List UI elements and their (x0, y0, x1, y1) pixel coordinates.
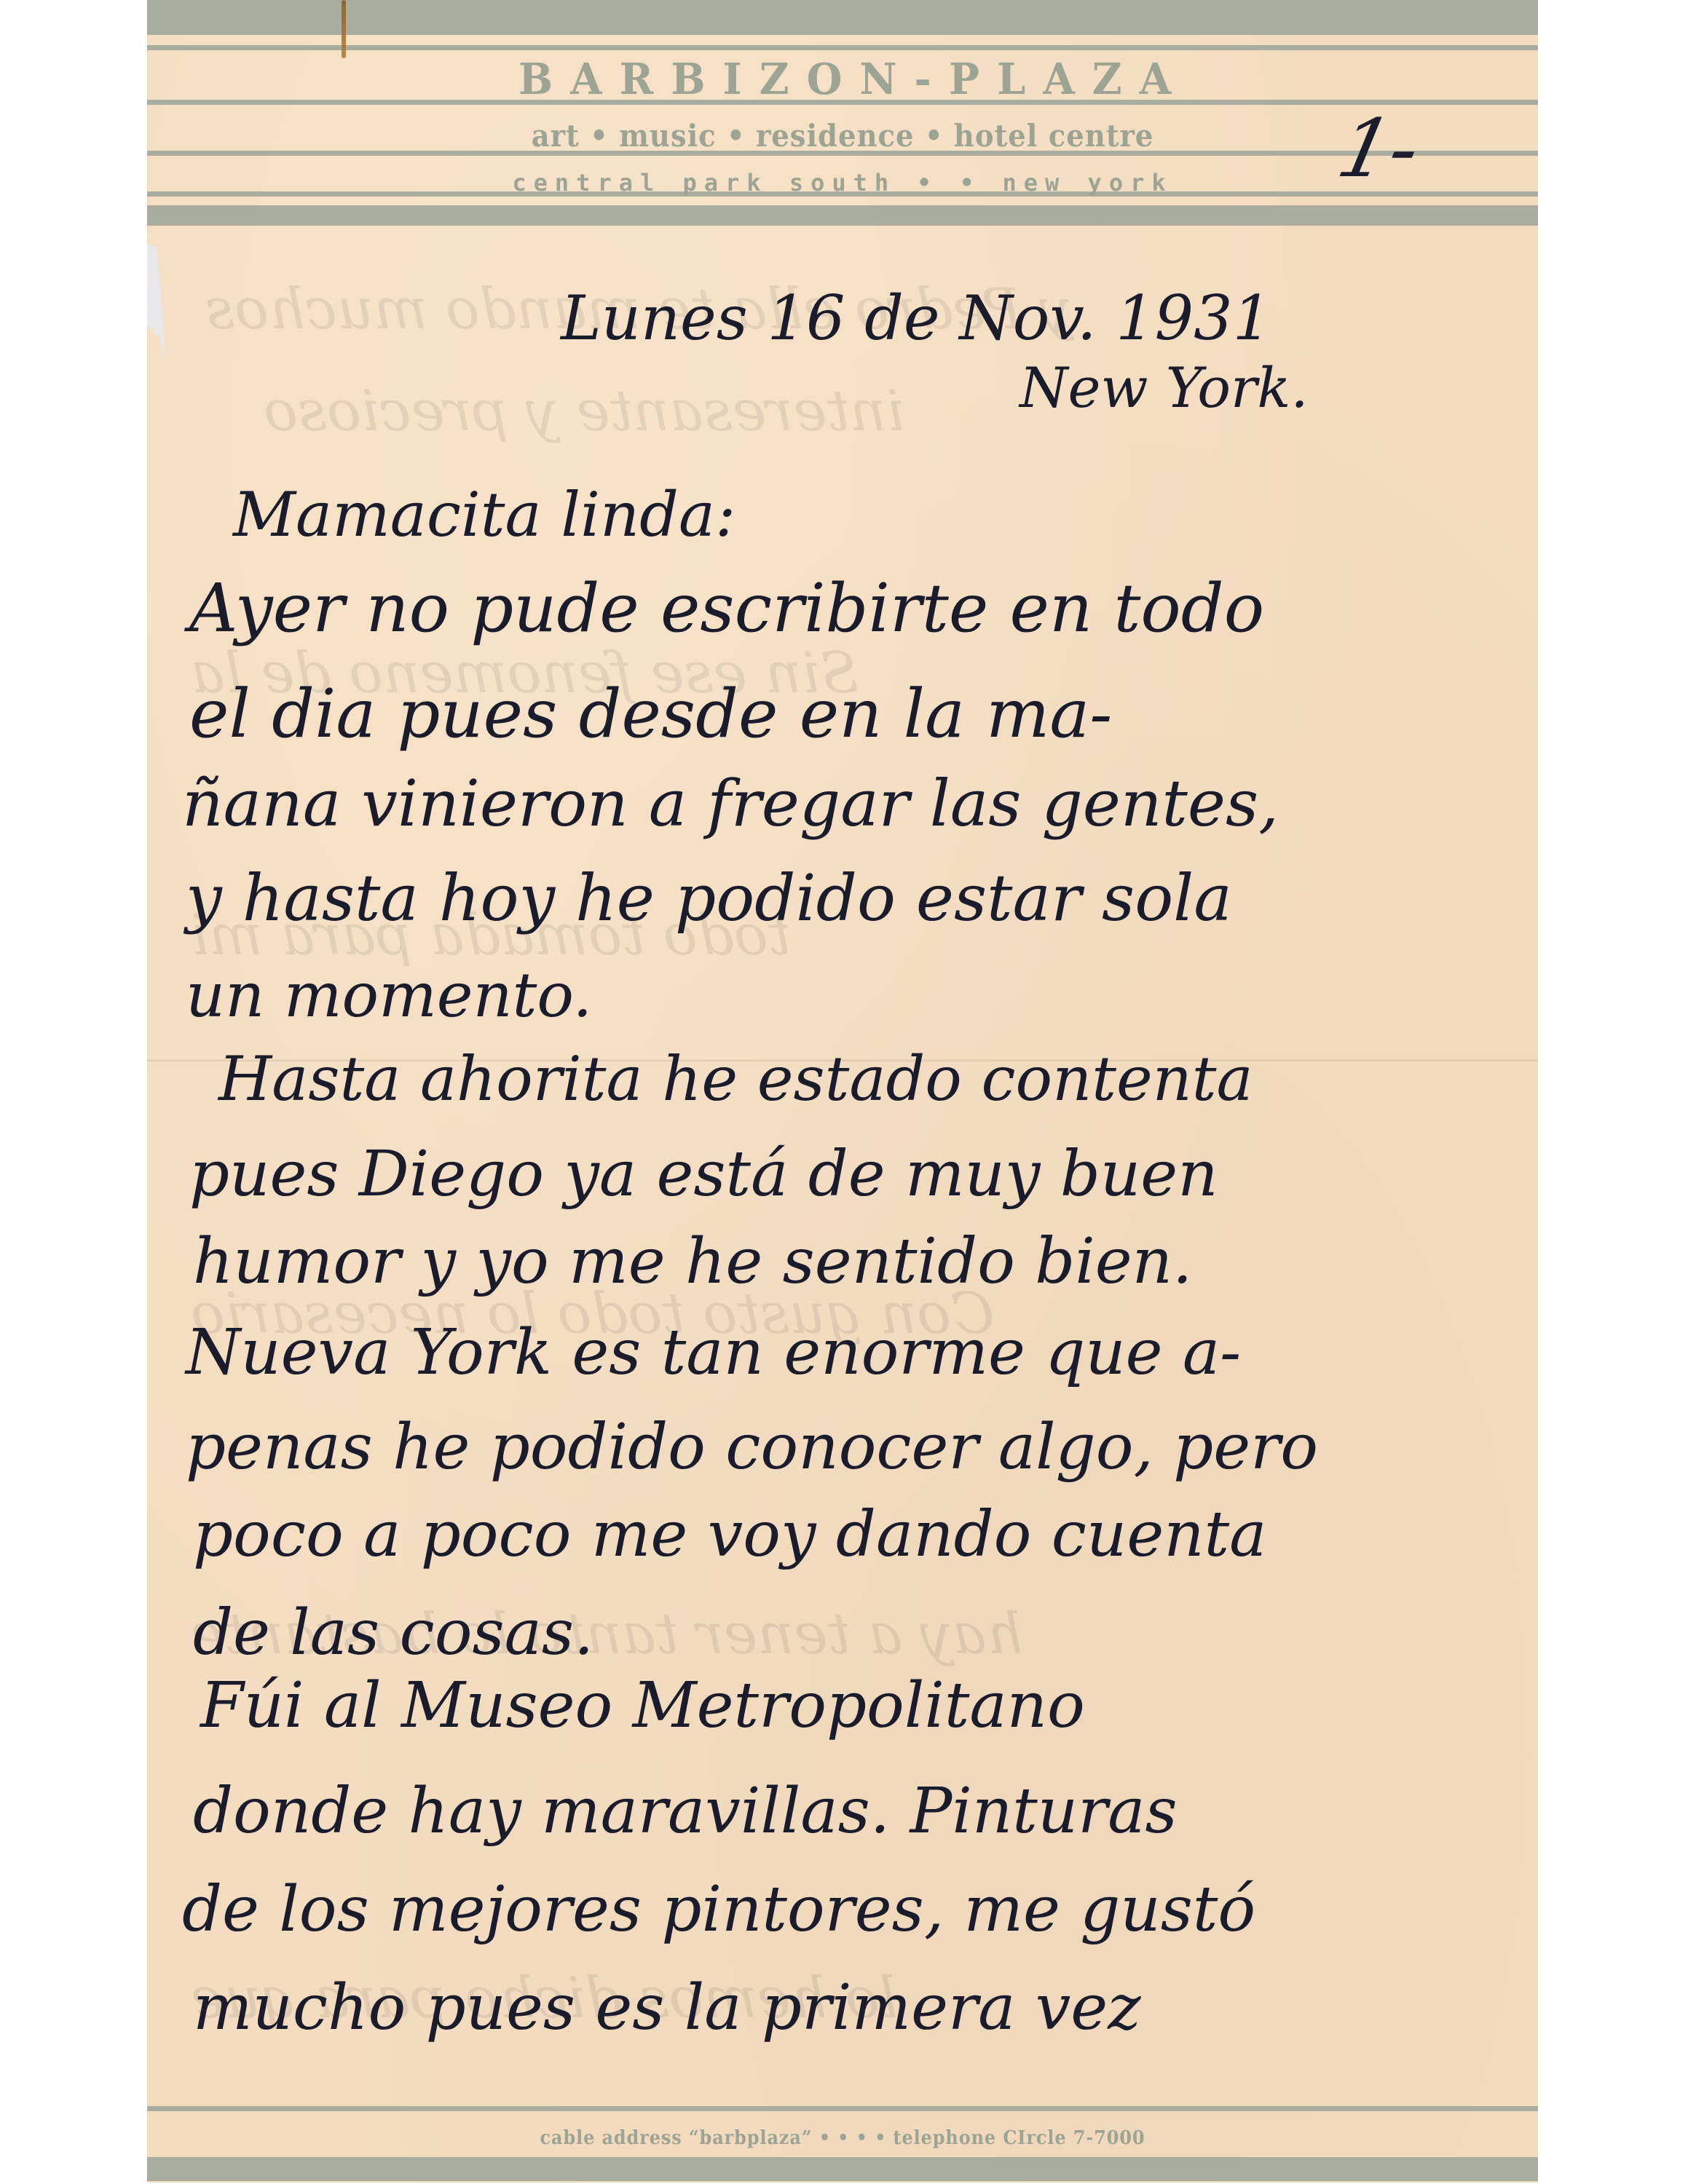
letterhead-rule (147, 45, 1538, 50)
letter-line: Hasta ahorita he estado contenta (218, 1048, 1253, 1109)
letter-line: ñana vinieron a fregar las gentes, (182, 772, 1279, 836)
letter-line: un momento. (186, 965, 592, 1026)
letter-line: y hasta hoy he podido estar sola (186, 866, 1232, 930)
footer-rule (147, 2106, 1538, 2111)
letterhead-top-band (147, 0, 1538, 35)
footer-bottom-band (147, 2157, 1538, 2181)
letter-line: mucho pues es la primera vez (193, 1977, 1141, 2039)
hotel-tagline: art • music • residence • hotel centre (202, 118, 1482, 154)
hotel-name: BARBIZON-PLAZA (147, 54, 1538, 104)
letter-line: Fúi al Museo Metropolitano (200, 1674, 1085, 1737)
letter-line: poco a poco me voy dando cuenta (193, 1503, 1266, 1566)
letter-line: humor y yo me he sentido bien. (193, 1230, 1192, 1293)
letter-line: el dia pues desde en la ma- (189, 681, 1112, 748)
date-line: Lunes 16 de Nov. 1931 (561, 288, 1271, 349)
letter-line: de los mejores pintores, me gustó (182, 1878, 1255, 1941)
salutation: Mamacita linda: (233, 484, 735, 545)
letter-line: Nueva York es tan enorme que a- (186, 1321, 1241, 1384)
letter-line: Ayer no pude escribirte en todo (189, 575, 1264, 642)
letter-line: de las cosas. (193, 1602, 593, 1664)
letterhead-bottom-band (147, 205, 1538, 226)
letter-line: penas he podido conocer algo, pero (186, 1416, 1318, 1479)
footer-contact: cable address “barbplaza” • • • • teleph… (202, 2127, 1482, 2149)
reverse-side-bleed: interesante y precioso (264, 379, 904, 444)
letter-line: pues Diego ya está de muy buen (189, 1143, 1218, 1206)
letter-line: donde hay maravillas. Pinturas (193, 1780, 1178, 1843)
rust-stain (342, 0, 346, 58)
place-line: New York. (1019, 360, 1309, 416)
hotel-address: central park south • • new york (147, 169, 1538, 197)
